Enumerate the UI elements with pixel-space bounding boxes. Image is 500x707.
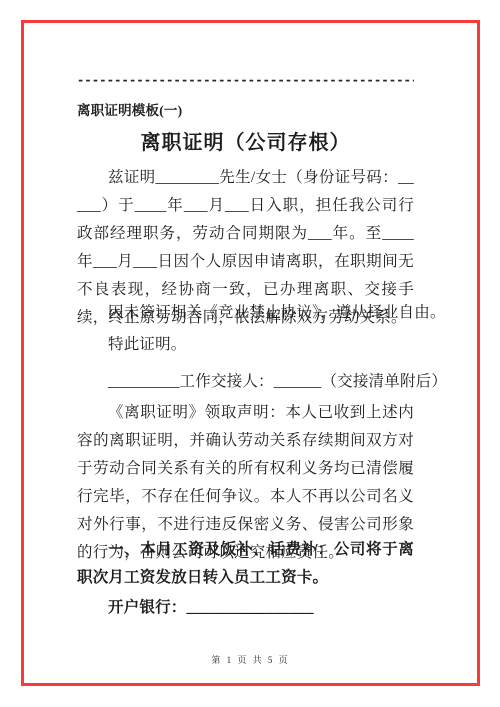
page-number-footer: 第 1 页 共 5 页: [21, 653, 480, 667]
document-screenshot: { "page": { "background": "#ffffff", "bo…: [0, 0, 500, 707]
noncompete-paragraph: 因未签订相关《竞业禁止协议》，遵从择业自由。: [77, 299, 414, 327]
bank-account-line: 开户银行：________________: [77, 594, 414, 622]
work-handover-line: _________工作交接人：______（交接清单附后）: [77, 368, 414, 396]
document-page: ----------------------------------------…: [0, 0, 500, 707]
template-label: 离职证明模板(一): [77, 101, 414, 121]
separator-dashes: ----------------------------------------…: [77, 72, 414, 88]
salary-clause-paragraph: 一、本月工资及饭补、话费补：公司将于离职次月工资发放日转入员工工资卡。: [77, 536, 414, 592]
document-title: 离职证明（公司存根）: [77, 129, 414, 157]
hereby-certify-line: 特此证明。: [77, 331, 414, 359]
